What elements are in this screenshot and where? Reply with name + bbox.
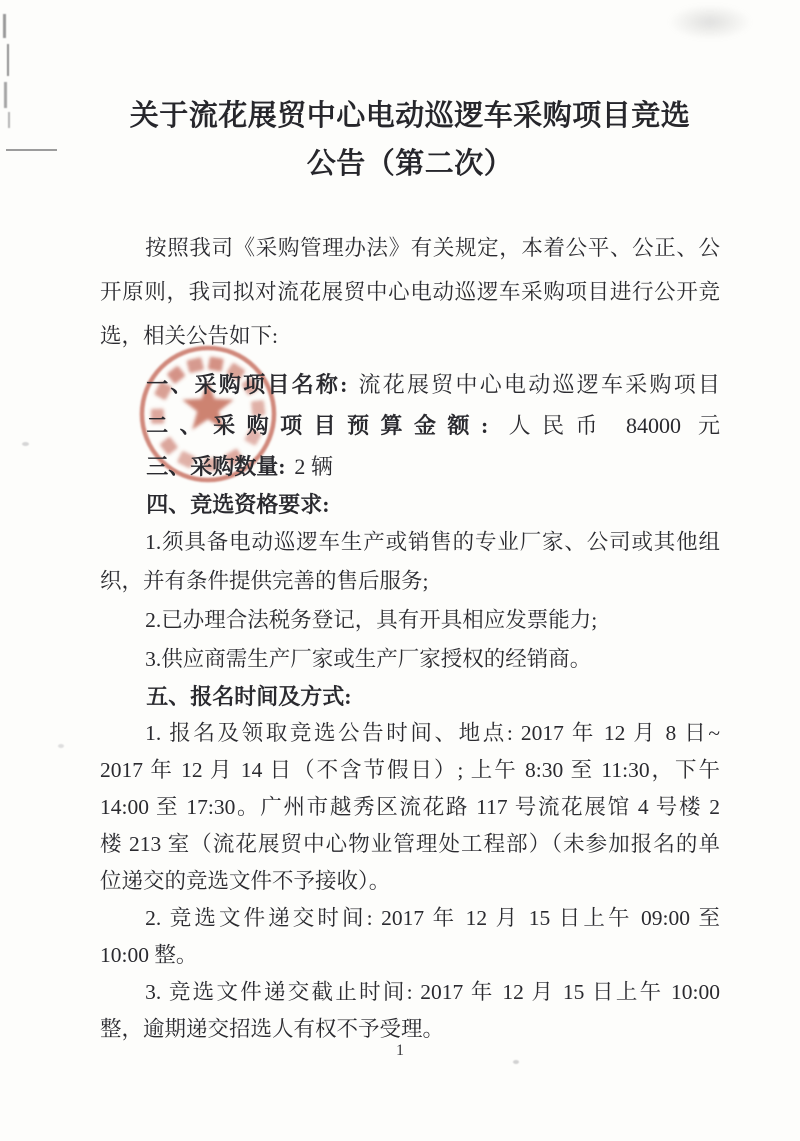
intro-line: 按照我司《采购管理办法》有关规定，本着公平、公正、公: [100, 226, 720, 270]
item-label: 三、采购数量:: [146, 454, 285, 479]
scan-artifact-dot: [22, 442, 29, 446]
scan-artifact-dot: [513, 1060, 519, 1064]
item-label: 二、采购项目预算金额:: [146, 413, 488, 438]
registration-line: 1. 报名及领取竞选公告时间、地点: 2017 年 12 月 8 日~: [100, 715, 720, 752]
intro-line: 开原则，我司拟对流花展贸中心电动巡逻车采购项目进行公开竞: [100, 270, 720, 314]
document-title: 关于流花展贸中心电动巡逻车采购项目竞选 公告（第二次）: [100, 92, 720, 188]
item-value: 人民币 84000 元: [488, 413, 720, 438]
scanned-document-page: 关于流花展贸中心电动巡逻车采购项目竞选 公告（第二次） 按照我司《采购管理办法》…: [0, 0, 800, 1141]
registration-line: 10:00 整。: [100, 937, 720, 974]
document-title-line2: 公告（第二次）: [100, 140, 720, 188]
registration-line: 2. 竞选文件递交时间: 2017 年 12 月 15 日上午 09:00 至: [100, 900, 720, 937]
item-value: 2 辆: [286, 454, 333, 479]
item-budget-amount: 二、采购项目预算金额:人民币 84000 元: [100, 405, 720, 446]
intro-line: 选，相关公告如下:: [100, 314, 720, 358]
scan-artifact-line: [6, 149, 57, 151]
scan-artifact-edge-mark: [8, 112, 10, 128]
item-quantity: 三、采购数量:2 辆: [100, 446, 720, 487]
registration-line: 2017 年 12 月 14 日（不含节假日）; 上午 8:30 至 11:30…: [100, 752, 720, 789]
item-value: 流花展贸中心电动巡逻车采购项目: [348, 372, 721, 397]
registration-line: 3. 竞选文件递交截止时间: 2017 年 12 月 15 日上午 10:00: [100, 974, 720, 1011]
section5-heading: 五、报名时间及方式:: [100, 679, 720, 715]
requirement-line: 2.已办理合法税务登记，具有开具相应发票能力;: [100, 601, 720, 640]
scan-artifact-edge-mark: [7, 44, 9, 76]
registration-line: 14:00 至 17:30。广州市越秀区流花路 117 号流花展馆 4 号楼 2: [100, 789, 720, 826]
registration-line: 位递交的竞选文件不予接收）。: [100, 863, 720, 900]
document-body: 关于流花展贸中心电动巡逻车采购项目竞选 公告（第二次） 按照我司《采购管理办法》…: [100, 0, 720, 1048]
page-number: 1: [0, 1042, 800, 1060]
project-info-list: 一、采购项目名称:流花展贸中心电动巡逻车采购项目 二、采购项目预算金额:人民币 …: [100, 364, 720, 487]
requirement-line: 3.供应商需生产厂家或生产厂家授权的经销商。: [100, 640, 720, 679]
item-label: 一、采购项目名称:: [146, 372, 347, 397]
requirement-line: 织，并有条件提供完善的售后服务;: [100, 562, 720, 601]
section-qualification-requirements: 四、竞选资格要求: 1.须具备电动巡逻车生产或销售的专业厂家、公司或其他组 织，…: [100, 487, 720, 679]
section4-heading: 四、竞选资格要求:: [100, 487, 720, 523]
item-project-name: 一、采购项目名称:流花展贸中心电动巡逻车采购项目: [100, 364, 720, 405]
requirement-line: 1.须具备电动巡逻车生产或销售的专业厂家、公司或其他组: [100, 523, 720, 562]
scan-artifact-edge-mark: [3, 14, 6, 38]
intro-paragraph: 按照我司《采购管理办法》有关规定，本着公平、公正、公 开原则，我司拟对流花展贸中…: [100, 226, 720, 358]
registration-line: 楼 213 室（流花展贸中心物业管理处工程部）（未参加报名的单: [100, 826, 720, 863]
document-title-line1: 关于流花展贸中心电动巡逻车采购项目竞选: [100, 92, 720, 140]
scan-artifact-dot: [58, 744, 64, 748]
scan-artifact-edge-mark: [4, 82, 7, 108]
section-registration-time: 五、报名时间及方式: 1. 报名及领取竞选公告时间、地点: 2017 年 12 …: [100, 679, 720, 1048]
